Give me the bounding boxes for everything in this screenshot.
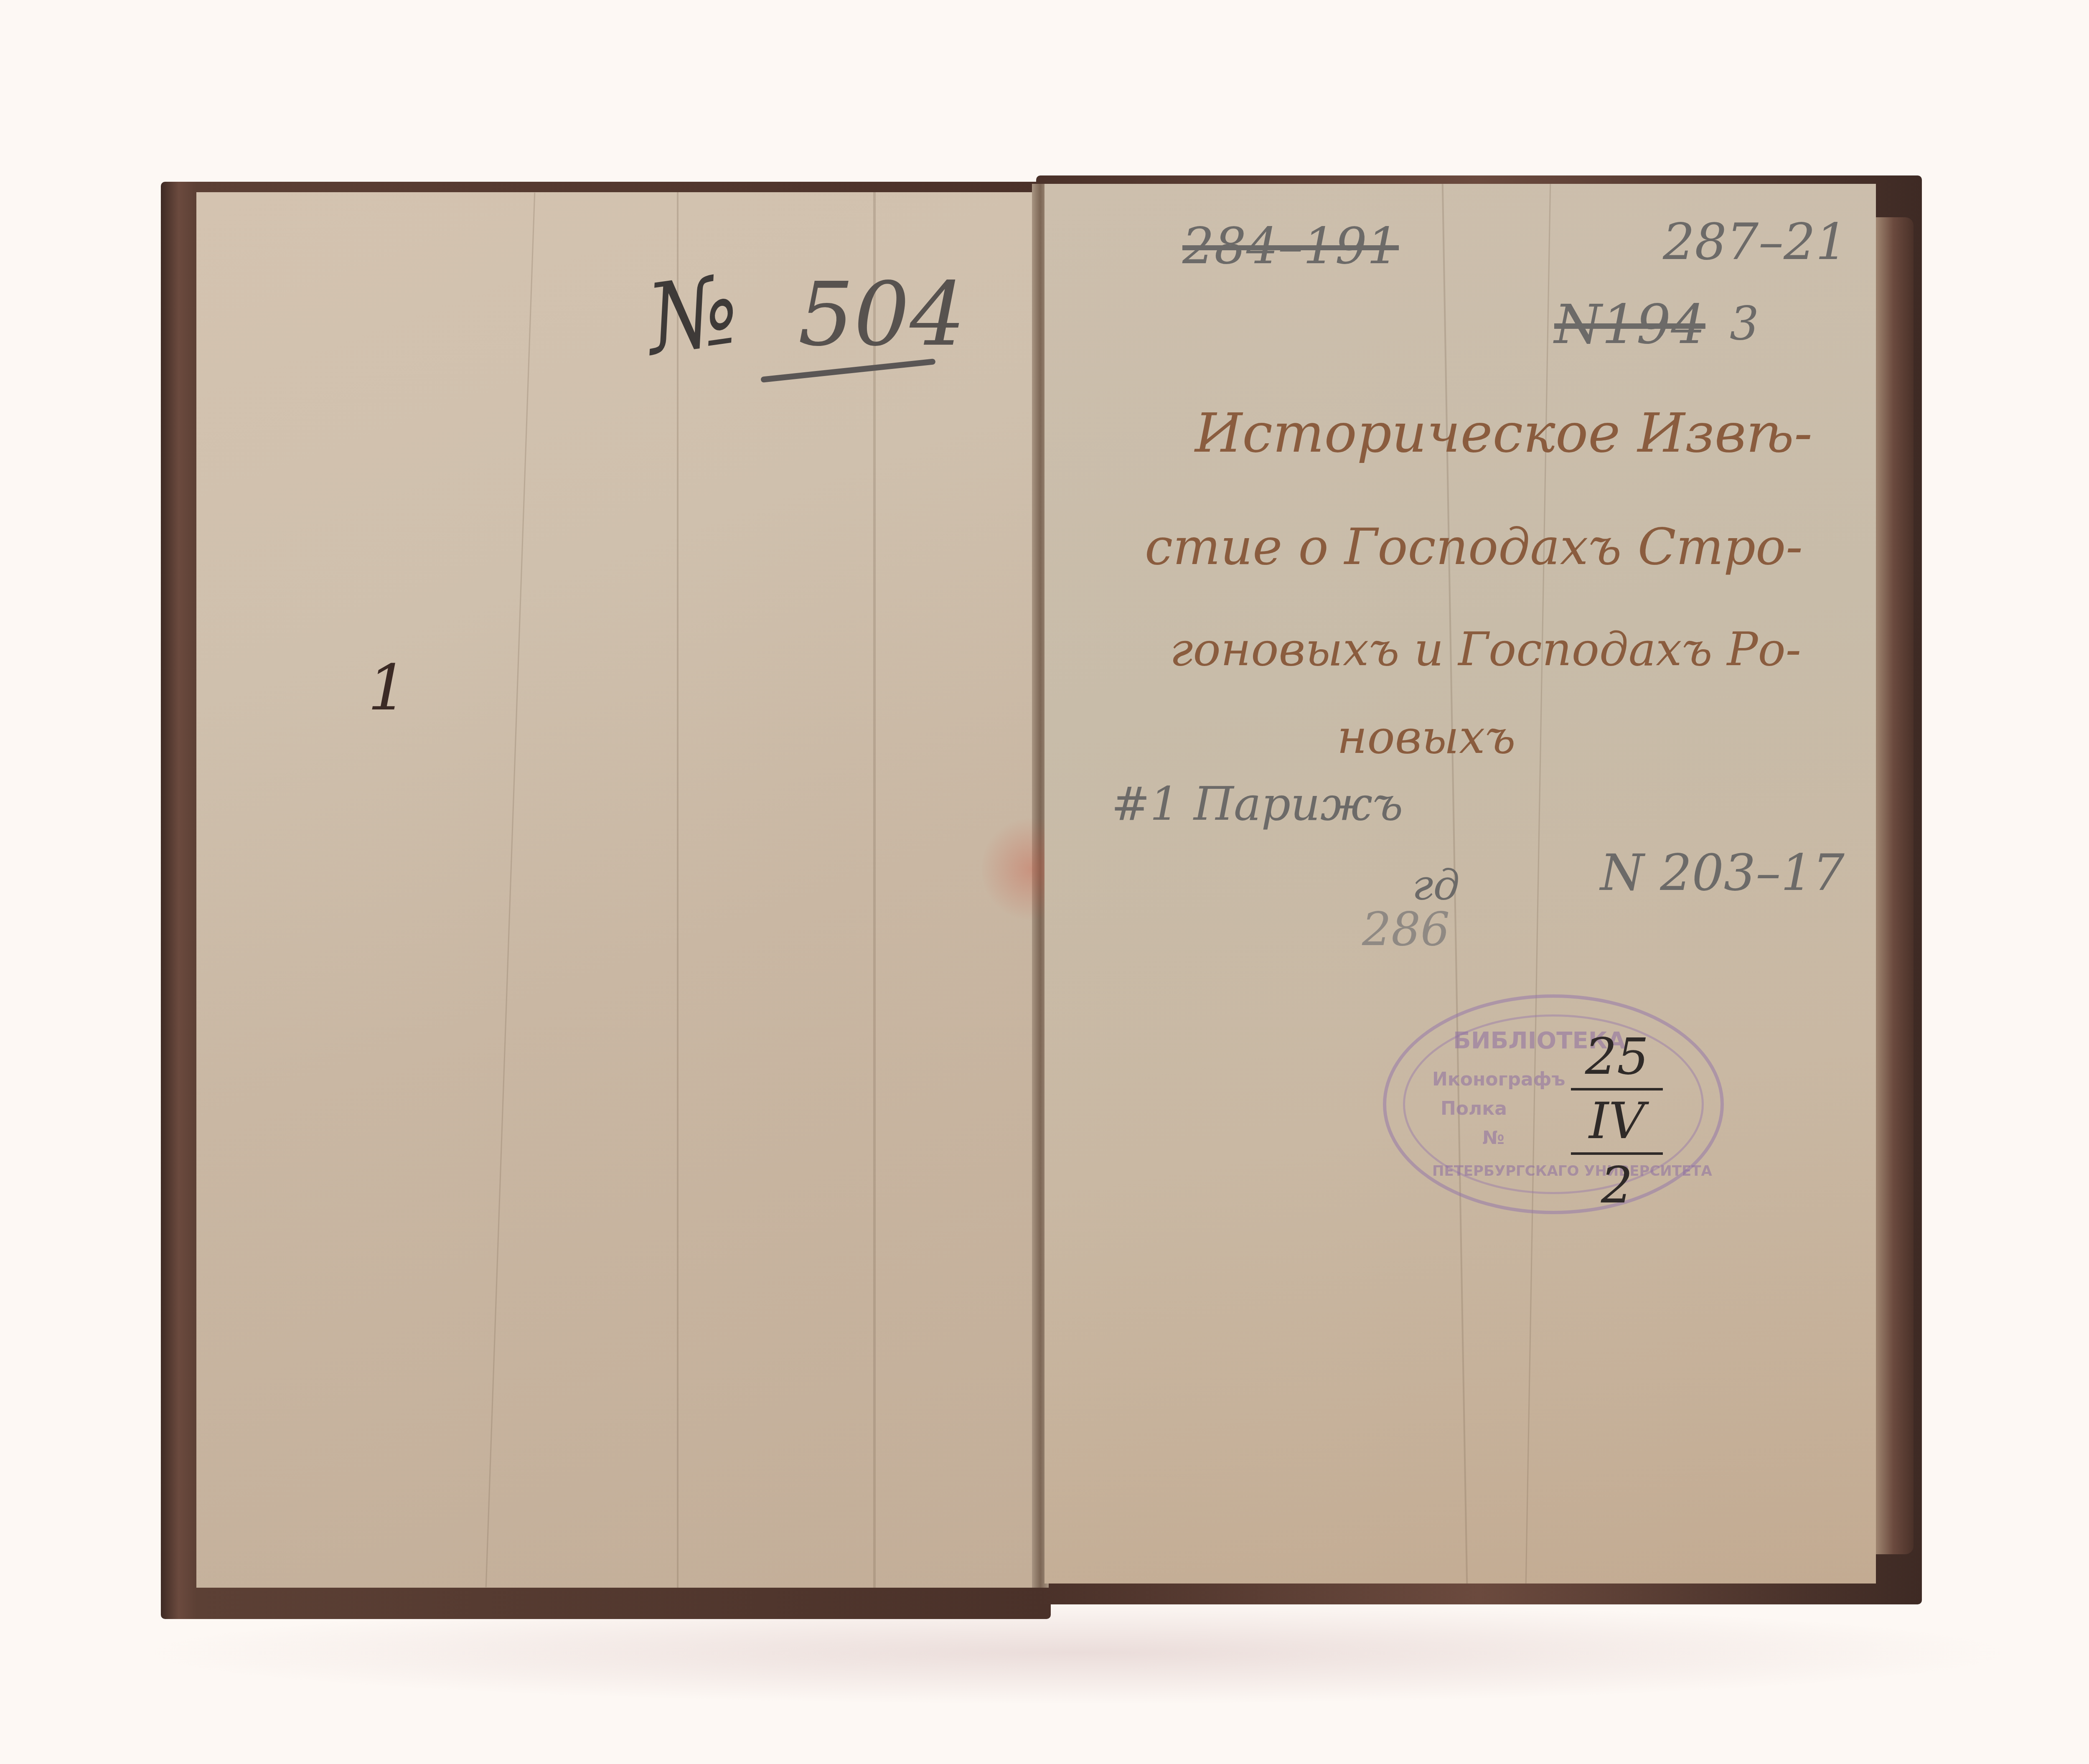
left-endpaper: № 504 1 bbox=[196, 192, 1032, 1588]
stamp-line-4: № bbox=[1482, 1127, 1504, 1149]
date-day: 25 bbox=[1585, 1028, 1649, 1086]
library-stamp: БИБЛІОТЕКА Иконографъ Полка № ПЕТЕРБУРГС… bbox=[1383, 994, 1724, 1214]
date-month: IV bbox=[1589, 1092, 1645, 1150]
paper-crease bbox=[1525, 184, 1551, 1584]
inventory-number: N 203–17 bbox=[1600, 844, 1845, 902]
folio-mark: 1 bbox=[368, 652, 407, 724]
page-number: 286 bbox=[1362, 902, 1450, 956]
stamp-line-3: Полка bbox=[1441, 1098, 1507, 1119]
acquisition-date: 25 IV 2 bbox=[1571, 1032, 1663, 1211]
title-line-1: Историческое Извѣ- bbox=[1195, 401, 1812, 465]
shelf-mark-prefix: № bbox=[640, 253, 746, 376]
paper-crease bbox=[677, 192, 679, 1588]
date-divider bbox=[1571, 1152, 1663, 1155]
title-line-3: гоновыхъ и Господахъ Ро- bbox=[1170, 623, 1801, 676]
title-line-4: новыхъ bbox=[1337, 710, 1516, 764]
title-line-2: стие о Господахъ Стро- bbox=[1145, 518, 1803, 576]
pencil-note: #1 Парижъ bbox=[1111, 777, 1403, 831]
paper-crease bbox=[485, 193, 536, 1587]
pencil-number-right: 287–21 bbox=[1663, 213, 1848, 271]
right-title-leaf: 284–191 287–21 N194 3 Историческое Извѣ-… bbox=[1044, 184, 1876, 1584]
struck-pencil-number: 284–191 bbox=[1182, 217, 1399, 275]
shelf-mark-number: 504 bbox=[798, 263, 966, 366]
struck-inventory-number: N194 bbox=[1554, 292, 1705, 356]
pencil-tail-mark: 3 bbox=[1730, 297, 1759, 350]
stamp-line-2: Иконографъ bbox=[1432, 1069, 1565, 1090]
date-year: 2 bbox=[1601, 1157, 1633, 1215]
date-divider bbox=[1571, 1088, 1663, 1090]
paper-crease bbox=[873, 192, 876, 1588]
